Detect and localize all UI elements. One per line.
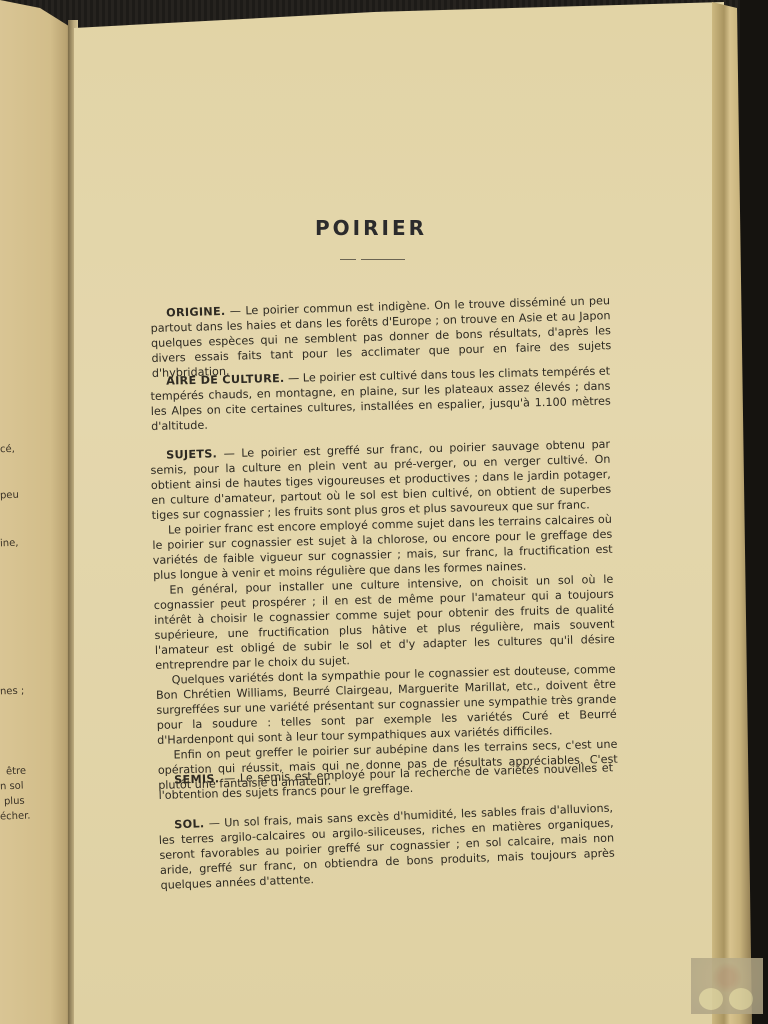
- section-heading: SUJETS.: [166, 447, 217, 461]
- page-title: POIRIER: [315, 216, 425, 240]
- left-page-fragment: être: [6, 766, 26, 778]
- thumbnail-shape: [729, 988, 753, 1010]
- left-page-fragment: plus: [4, 796, 25, 808]
- left-page-fragment: cé,: [0, 444, 15, 456]
- thumbnail-shape: [699, 988, 723, 1010]
- section-text: Quelques variétés dont la sympathie pour…: [155, 662, 617, 748]
- left-page: cé, peu ine, nes ; être n sol plus écher…: [0, 0, 72, 1024]
- title-divider: [340, 259, 405, 260]
- left-page-fragment: ine,: [0, 538, 19, 550]
- left-page-fragment: nes ;: [0, 686, 24, 698]
- left-page-fragment: écher.: [0, 810, 31, 822]
- watermark-thumbnail: [691, 958, 763, 1014]
- section-heading: AIRE DE CULTURE.: [166, 372, 285, 388]
- left-page-fragment: peu: [0, 490, 19, 502]
- section-heading: SOL.: [174, 817, 205, 831]
- section-text: — Le poirier est greffé sur franc, ou po…: [150, 438, 611, 522]
- section-aire-de-culture: AIRE DE CULTURE. — Le poirier est cultiv…: [150, 364, 611, 434]
- section-heading: SEMIS.: [174, 772, 219, 786]
- section-sujets: SUJETS. — Le poirier est greffé sur fran…: [150, 437, 618, 793]
- section-heading: ORIGINE.: [166, 305, 226, 320]
- section-text: Le poirier franc est encore employé comm…: [152, 512, 613, 583]
- left-page-fragment: n sol: [0, 781, 24, 793]
- section-text: En général, pour installer une culture i…: [153, 572, 615, 673]
